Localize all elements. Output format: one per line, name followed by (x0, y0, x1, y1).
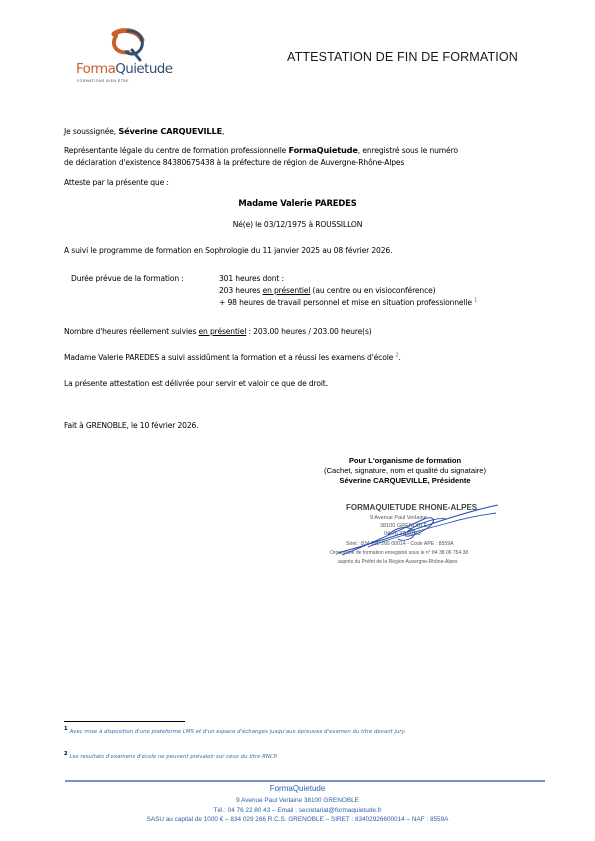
hours-underlined: en présentiel (199, 327, 247, 336)
intro-prefix: Je soussignée, (64, 127, 118, 136)
atteste-line: Atteste par la présente que : (64, 178, 169, 187)
footnote-separator (64, 721, 185, 722)
hours-suffix: : 203.00 heures / 203.00 heure(s) (246, 327, 371, 336)
presentiel-suffix: (au centre ou en visioconférence) (310, 286, 435, 295)
company-logo: FormaQuietude FORMATIONS BIEN-ÊTRE (74, 28, 194, 88)
hours-line: Nombre d'heures réellement suivies en pr… (64, 327, 372, 336)
place-date: Fait à GRENOBLE, le 10 février 2026. (64, 421, 198, 430)
footer-separator (65, 780, 545, 782)
footnote-1-text: Avec mise à disposition d'une plateforme… (69, 729, 406, 735)
representative-line-1: Représentante légale du centre de format… (64, 145, 458, 155)
handwritten-signature (328, 497, 518, 567)
representative-line-2: de déclaration d'existence 84380675438 à… (64, 158, 404, 167)
duration-label: Durée prévue de la formation : (71, 274, 184, 283)
personal-hours: + 98 heures de travail personnel et mise… (219, 298, 472, 307)
duration-personal: + 98 heures de travail personnel et mise… (219, 298, 477, 307)
intro-suffix: , (222, 127, 224, 136)
footer-company: FormaQuietude (0, 784, 595, 793)
logo-q-icon (108, 28, 148, 62)
footnote-2: 2Les résultats d'examens d'école ne peuv… (64, 754, 278, 760)
rep-prefix: Représentante légale du centre de format… (64, 146, 288, 155)
footnote-2-text: Les résultats d'examens d'école ne peuve… (69, 754, 277, 760)
success-text: Madame Valerie PAREDES a suivi assidûmen… (64, 353, 393, 362)
delivered-line: La présente attestation est délivrée pou… (64, 379, 328, 388)
success-end: . (398, 353, 400, 362)
success-line: Madame Valerie PAREDES a suivi assidûmen… (64, 353, 401, 362)
duration-total: 301 heures dont : (219, 274, 284, 283)
signature-org-label: Pour L'organisme de formation (305, 456, 505, 465)
organisation-name: FormaQuietude (288, 145, 357, 155)
document-title: ATTESTATION DE FIN DE FORMATION (287, 50, 518, 64)
presentiel-underlined: en présentiel (263, 286, 311, 295)
footnote-2-number: 2 (64, 751, 67, 757)
footer-contact: Tél.: 04 76 22 80 43 – Email : secretari… (0, 807, 595, 814)
footnote-ref-1[interactable]: 1 (474, 297, 477, 303)
program-line: A suivi le programme de formation en Sop… (64, 246, 392, 255)
footer-address: 9 Avenue Paul Verlaine 38100 GRENOBLE (0, 797, 595, 804)
intro-line: Je soussignée, Séverine CARQUEVILLE, (64, 126, 224, 136)
duration-presentiel: 203 heures en présentiel (au centre ou e… (219, 286, 435, 295)
signatory-title: Séverine CARQUEVILLE, Présidente (305, 476, 505, 485)
trainee-name: Madame Valerie PAREDES (0, 198, 595, 208)
signatory-name: Séverine CARQUEVILLE (118, 126, 222, 136)
hours-prefix: Nombre d'heures réellement suivies (64, 327, 199, 336)
signature-instructions: (Cachet, signature, nom et qualité du si… (305, 466, 505, 475)
birth-line: Né(e) le 03/12/1975 à ROUSSILLON (0, 220, 595, 229)
footer-legal: SASU au capital de 1000 € – 834 029 266 … (0, 816, 595, 823)
logo-brand: FormaQuietude (76, 61, 172, 77)
footnote-1-number: 1 (64, 726, 67, 732)
rep-suffix: , enregistré sous le numéro (358, 146, 458, 155)
logo-tagline: FORMATIONS BIEN-ÊTRE (77, 79, 129, 83)
presentiel-prefix: 203 heures (219, 286, 263, 295)
company-stamp: FORMAQUIETUDE RHONE-ALPES 9 Avenue Paul … (334, 497, 514, 582)
logo-brand-forma: Forma (76, 61, 115, 77)
logo-brand-quietude: Quietude (115, 61, 172, 77)
footnote-1: 1Avec mise à disposition d'une plateform… (64, 729, 406, 735)
